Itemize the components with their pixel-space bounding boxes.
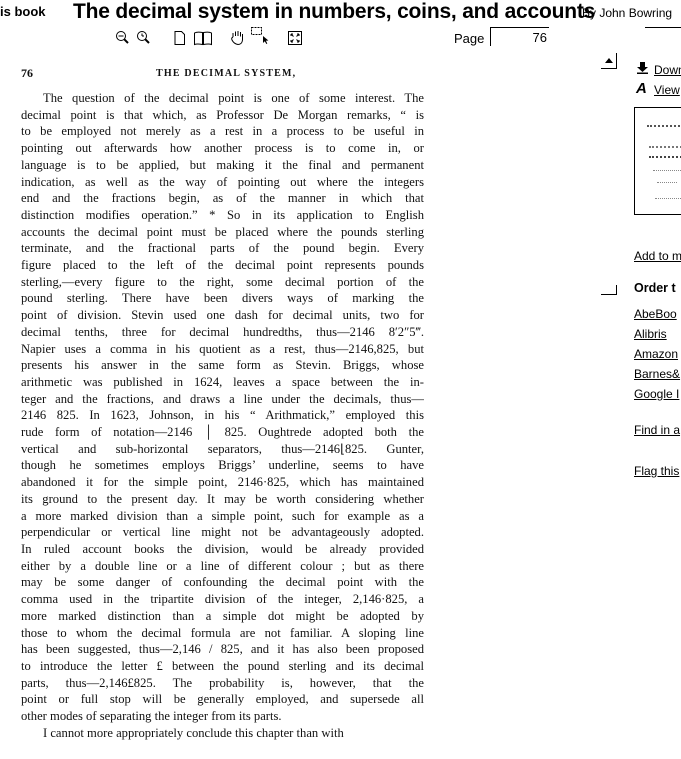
page-header: 76 THE DECIMAL SYSTEM,	[21, 66, 424, 90]
panel-toggle[interactable]	[601, 285, 617, 295]
text-line: teger and the fractions, and draws a lin…	[21, 391, 424, 408]
select-region-button[interactable]	[250, 26, 270, 44]
text-line: pointing out afterwards how another proc…	[21, 140, 424, 157]
page-number: 76	[21, 66, 156, 90]
single-page-view-button[interactable]	[171, 29, 189, 47]
running-head: THE DECIMAL SYSTEM,	[156, 66, 296, 90]
text-line: accounts the decimal point must be place…	[21, 224, 424, 241]
text-line: parts, thus—2,146£825. The probability i…	[21, 675, 424, 692]
fullscreen-button[interactable]	[286, 29, 304, 47]
text-line: either by a double line or a line of dif…	[21, 558, 424, 575]
order-link-barnes[interactable]: Barnes&	[634, 367, 680, 381]
book-page-content: 76 THE DECIMAL SYSTEM, The question of t…	[21, 66, 424, 741]
text-line: to be employed not merely as a rest in a…	[21, 123, 424, 140]
order-link-google[interactable]: Google I	[634, 387, 679, 401]
flag-link[interactable]: Flag this	[634, 464, 679, 478]
order-link-amazon[interactable]: Amazon	[634, 347, 678, 361]
fullscreen-icon	[287, 30, 303, 46]
book-title: The decimal system in numbers, coins, an…	[73, 0, 595, 24]
text-line: to introduce the letter £ between the po…	[21, 658, 424, 675]
select-region-icon	[250, 26, 270, 44]
text-line: vertical and sub-horizontal separators, …	[21, 441, 424, 458]
order-link-abebooks[interactable]: AbeBoo	[634, 307, 677, 321]
text-line: language is to be applied, but making it…	[21, 157, 424, 174]
text-line: figure placed to the left of the decimal…	[21, 257, 424, 274]
text-line: The question of the decimal point is one…	[21, 90, 424, 107]
scroll-up-button[interactable]	[601, 53, 617, 69]
text-line: Napier uses a comma in his quotient as a…	[21, 341, 424, 358]
zoom-out-icon	[115, 30, 131, 46]
text-line: In ruled account books the division, wou…	[21, 541, 424, 558]
single-page-icon	[173, 30, 187, 46]
pan-hand-icon	[229, 29, 247, 47]
text-line: point or full stop will be generally emp…	[21, 691, 424, 708]
text-line: more marked distinction than a simple do…	[21, 608, 424, 625]
text-line: 2146 825. In 1623, Johnson, in his “ Ari…	[21, 407, 424, 424]
text-line: sterling,—every figure to the right, som…	[21, 274, 424, 291]
text-line: a more marked division than a simple poi…	[21, 508, 424, 525]
find-in-library-link[interactable]: Find in a	[634, 423, 680, 437]
text-line: comma used in the tripartite division of…	[21, 591, 424, 608]
text-line: point of division. Stevin used one dash …	[21, 307, 424, 324]
text-line: has been suggested, thus—2,146 / 825, an…	[21, 641, 424, 658]
text-line: those to whom the decimal formula are no…	[21, 625, 424, 642]
divider	[645, 27, 681, 28]
order-link-alibris[interactable]: Alibris	[634, 327, 667, 341]
text-line: may be some danger of confounding the de…	[21, 574, 424, 591]
text-line: I cannot more appropriately conclude thi…	[21, 725, 424, 742]
text-line: terminate, and the fractional parts of t…	[21, 240, 424, 257]
zoom-in-button[interactable]	[135, 29, 153, 47]
text-line: decimal tenths, three for decimal hundre…	[21, 324, 424, 341]
text-line: presents his answer in the same form as …	[21, 357, 424, 374]
arrow-up-icon	[605, 58, 613, 63]
text-line: decimal point is that which, as Professo…	[21, 107, 424, 124]
text-line: though he sometimes employs Briggs’ unde…	[21, 457, 424, 474]
page-label: Page	[454, 31, 484, 46]
two-page-icon	[193, 30, 213, 46]
text-line: end and the fractions begin, as of the m…	[21, 190, 424, 207]
text-line: its ground to the present day. It may be…	[21, 491, 424, 508]
two-page-view-button[interactable]	[193, 29, 213, 47]
order-section-title: Order t	[634, 281, 676, 295]
text-line: abandoned it for the simple point, 2146·…	[21, 474, 424, 491]
text-line: pound sterling. There have been divers w…	[21, 290, 424, 307]
text-line: rude form of notation—2146 │ 825. Oughtr…	[21, 424, 424, 441]
book-author[interactable]: By John Bowring	[582, 6, 672, 20]
text-line: perpendicular or vertical line might not…	[21, 524, 424, 541]
text-line: other modes of separating the integer fr…	[21, 708, 424, 725]
pan-tool-button[interactable]	[229, 29, 247, 47]
text-line: distinction modifies operation.” * So in…	[21, 207, 424, 224]
left-label: is book	[0, 4, 46, 19]
zoom-out-button[interactable]	[114, 29, 132, 47]
download-icon	[636, 62, 649, 77]
text-line: arithmetic was published in 1624, leaves…	[21, 374, 424, 391]
text-line: indication, as well as the way of pointi…	[21, 174, 424, 191]
page-number-input[interactable]	[490, 27, 549, 46]
book-text: The question of the decimal point is one…	[21, 90, 424, 741]
view-link[interactable]: View	[654, 83, 680, 97]
book-cover-thumbnail[interactable]	[634, 107, 681, 215]
text-view-icon: A	[636, 80, 647, 97]
add-to-library-link[interactable]: Add to m	[634, 249, 681, 263]
download-link[interactable]: Down	[654, 63, 681, 77]
zoom-in-icon	[136, 30, 152, 46]
